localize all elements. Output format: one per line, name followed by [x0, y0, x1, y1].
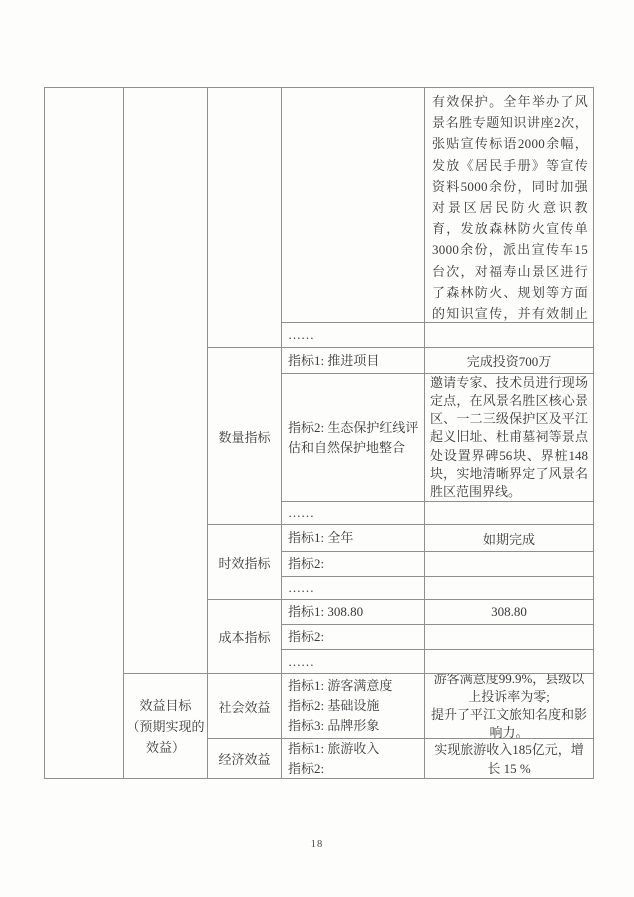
timeliness-indicator-2: 指标2: — [282, 552, 425, 577]
quantity-indicator-label: 数量指标 — [208, 348, 282, 525]
quantity-indicator-1: 指标1: 推进项目 — [282, 348, 425, 374]
cost-result-2 — [425, 625, 594, 650]
social-result-cell: 游客满意度99.9%，县级以上投诉率为零; 提升了平江文旅知名度和影响力。 — [425, 674, 594, 739]
prev-section-ellipsis-result — [425, 323, 594, 348]
economic-benefit-label: 经济效益 — [208, 739, 282, 779]
cost-indicator-2: 指标2: — [282, 625, 425, 650]
economic-indicator-1: 指标1: 旅游收入 — [288, 739, 379, 759]
document-page: 效益目标 （预期实现的 效益） 数量指标 时效指标 成本指标 社会效益 经济效益… — [0, 0, 634, 897]
quantity-result-ellipsis — [425, 502, 594, 525]
cost-indicator-1: 指标1: 308.80 — [282, 600, 425, 625]
timeliness-indicator-1: 指标1: 全年 — [282, 525, 425, 552]
economic-indicators-cell: 指标1: 旅游收入 指标2: — [282, 739, 425, 779]
benefit-goal-label-line1: 效益目标 — [126, 695, 204, 716]
cost-indicator-label: 成本指标 — [208, 600, 282, 674]
quantity-result-1: 完成投资700万 — [425, 348, 594, 374]
timeliness-indicator-ellipsis: …… — [282, 577, 425, 600]
social-result-line1: 游客满意度99.9%，县级以上投诉率为零; — [428, 674, 590, 706]
quantity-result-2: 邀请专家、技术员进行现场定点，在风景名胜区核心景区、一二三级保护区及平江起义旧址… — [425, 374, 594, 502]
cost-result-ellipsis — [425, 650, 594, 674]
quantity-indicator-ellipsis: …… — [282, 502, 425, 525]
col1-empty-cell — [45, 88, 124, 779]
economic-indicator-2: 指标2: — [288, 759, 324, 779]
col2-empty-cell — [124, 88, 208, 674]
social-indicator-3: 指标3: 品牌形象 — [288, 716, 379, 736]
cost-indicator-ellipsis: …… — [282, 650, 425, 674]
prev-section-indicator-cell — [282, 88, 425, 323]
benefit-goal-label-line2: （预期实现的 — [126, 716, 204, 737]
timeliness-result-ellipsis — [425, 577, 594, 600]
prev-section-result-text: 有效保护。全年举办了风景名胜专题知识讲座2次，张贴宣传标语2000余幅，发放《居… — [425, 88, 594, 323]
social-indicator-2: 指标2: 基础设施 — [288, 696, 379, 716]
timeliness-result-1: 如期完成 — [425, 525, 594, 552]
col3-empty-cell — [208, 88, 282, 348]
economic-result-cell: 实现旅游收入185亿元，增长 15 % — [425, 739, 594, 779]
social-benefit-label: 社会效益 — [208, 674, 282, 739]
page-number: 18 — [0, 839, 634, 850]
performance-indicator-table: 效益目标 （预期实现的 效益） 数量指标 时效指标 成本指标 社会效益 经济效益… — [44, 87, 594, 779]
cost-result-1: 308.80 — [425, 600, 594, 625]
timeliness-indicator-label: 时效指标 — [208, 525, 282, 600]
quantity-indicator-2: 指标2: 生态保护红线评估和自然保护地整合 — [282, 374, 425, 502]
benefit-goal-label-cell: 效益目标 （预期实现的 效益） — [124, 674, 208, 779]
social-result-line2: 提升了平江文旅知名度和影响力。 — [428, 706, 590, 739]
social-indicator-1: 指标1: 游客满意度 — [288, 676, 392, 696]
prev-section-ellipsis: …… — [282, 323, 425, 348]
benefit-goal-label-line3: 效益） — [126, 737, 204, 758]
social-indicators-cell: 指标1: 游客满意度 指标2: 基础设施 指标3: 品牌形象 — [282, 674, 425, 739]
timeliness-result-2 — [425, 552, 594, 577]
